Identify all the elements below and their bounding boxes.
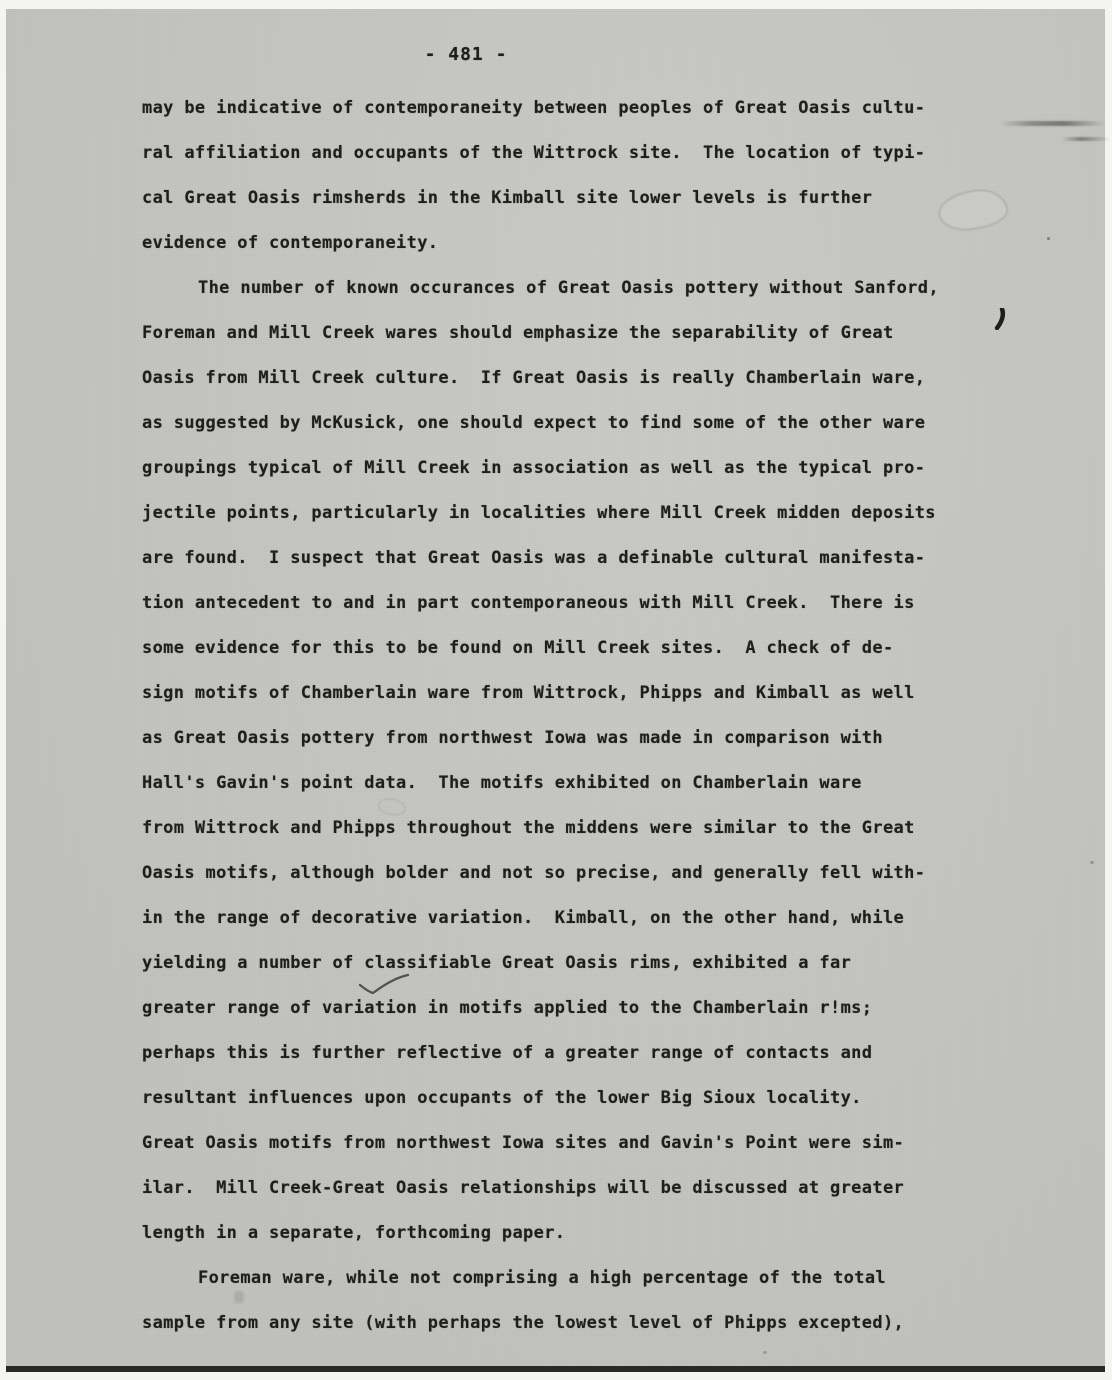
text-line: as Great Oasis pottery from northwest Io… [142,716,1102,761]
scanned-document-page: { "document": { "page_number": "- 481 -"… [0,0,1112,1380]
text-line: yielding a number of classifiable Great … [142,941,1102,986]
pencil-streak-icon [1062,137,1110,141]
text-line: tion antecedent to and in part contempor… [142,581,1102,626]
text-line: are found. I suspect that Great Oasis wa… [142,536,1102,581]
text-line: perhaps this is further reflective of a … [142,1031,1102,1076]
speck-mark [1047,237,1050,240]
text-line: sign motifs of Chamberlain ware from Wit… [142,671,1102,716]
speck-mark [234,1291,244,1303]
speck-mark [1090,861,1094,864]
text-line: groupings typical of Mill Creek in assoc… [142,446,1102,491]
speck-mark [763,1351,767,1354]
text-line: some evidence for this to be found on Mi… [142,626,1102,671]
text-line: greater range of variation in motifs app… [142,986,1102,1031]
text-line: ilar. Mill Creek-Great Oasis relationshi… [142,1166,1102,1211]
text-line: Foreman and Mill Creek wares should emph… [142,311,1102,356]
text-line: resultant influences upon occupants of t… [142,1076,1102,1121]
text-line: Hall's Gavin's point data. The motifs ex… [142,761,1102,806]
text-line: The number of known occurances of Great … [142,266,1102,311]
text-line: may be indicative of contemporaneity bet… [142,86,1102,131]
page-number: - 481 - [6,44,926,65]
pencil-streak-icon [1000,121,1106,126]
text-line: Great Oasis motifs from northwest Iowa s… [142,1121,1102,1166]
text-line: in the range of decorative variation. Ki… [142,896,1102,941]
paper: - 481 - may be indicative of contemporan… [6,9,1105,1372]
text-line: jectile points, particularly in localiti… [142,491,1102,536]
text-line: sample from any site (with perhaps the l… [142,1301,1102,1346]
handwritten-check-icon [358,972,410,1002]
text-line: from Wittrock and Phipps throughout the … [142,806,1102,851]
text-line: length in a separate, forthcoming paper. [142,1211,1102,1256]
text-line: Oasis motifs, although bolder and not so… [142,851,1102,896]
text-line: Foreman ware, while not comprising a hig… [142,1256,1102,1301]
text-line: ral affiliation and occupants of the Wit… [142,131,1102,176]
text-line: as suggested by McKusick, one should exp… [142,401,1102,446]
text-line: Oasis from Mill Creek culture. If Great … [142,356,1102,401]
typed-text-block: may be indicative of contemporaneity bet… [142,86,1102,1346]
ink-tick-icon [994,308,1006,330]
